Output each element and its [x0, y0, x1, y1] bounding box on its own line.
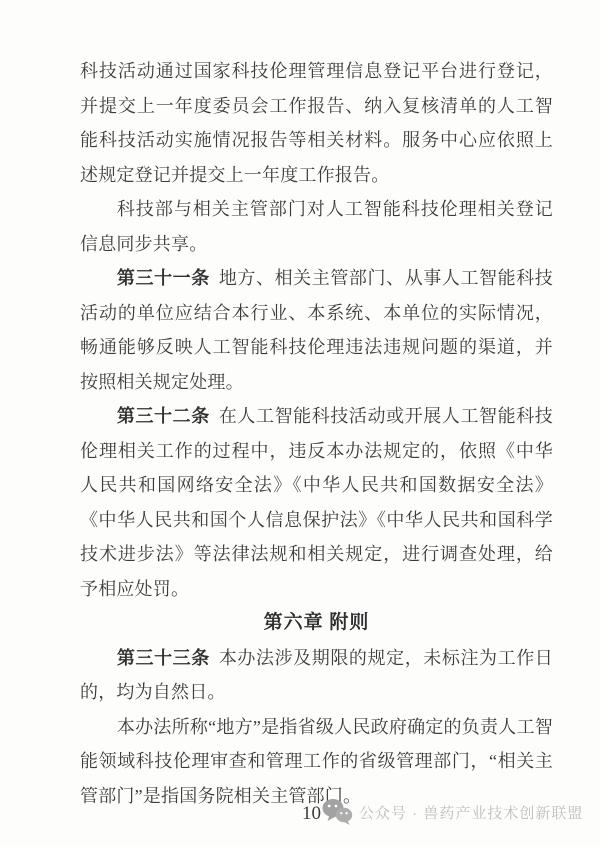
paragraph-article-33: 第三十三条本办法涉及期限的规定，未标注为工作日的，均为自然日。: [80, 641, 553, 710]
paragraph-continuation: 科技活动通过国家科技伦理管理信息登记平台进行登记，并提交上一年度委员会工作报告、…: [80, 54, 553, 192]
paragraph-text: 科技部与相关主管部门对人工智能科技伦理相关登记信息同步共享。: [80, 199, 553, 254]
article-number-label: 第三十一条: [117, 268, 210, 288]
wechat-icon: [321, 797, 353, 827]
paragraph: 科技部与相关主管部门对人工智能科技伦理相关登记信息同步共享。: [80, 192, 553, 261]
page-number: 10: [302, 802, 321, 826]
document-page: 科技活动通过国家科技伦理管理信息登记平台进行登记，并提交上一年度委员会工作报告、…: [0, 0, 600, 847]
article-number-label: 第三十二条: [117, 406, 210, 426]
watermark-text: 公众号 · 兽药产业技术创新联盟: [359, 802, 583, 823]
paragraph-article-31: 第三十一条地方、相关主管部门、从事人工智能科技活动的单位应结合本行业、本系统、本…: [80, 261, 553, 399]
paragraph-text: 在人工智能科技活动或开展人工智能科技伦理相关工作的过程中，违反本办法规定的，依照…: [80, 406, 553, 599]
paragraph-text: 科技活动通过国家科技伦理管理信息登记平台进行登记，并提交上一年度委员会工作报告、…: [80, 61, 553, 185]
document-body: 科技活动通过国家科技伦理管理信息登记平台进行登记，并提交上一年度委员会工作报告、…: [80, 54, 553, 813]
chapter-heading: 第六章 附则: [80, 606, 553, 641]
article-number-label: 第三十三条: [117, 648, 210, 668]
watermark: 公众号 · 兽药产业技术创新联盟: [321, 797, 583, 827]
paragraph-article-32: 第三十二条在人工智能科技活动或开展人工智能科技伦理相关工作的过程中，违反本办法规…: [80, 399, 553, 606]
paragraph-text: 本办法所称“地方”是指省级人民政府确定的负责人工智能领域科技伦理审查和管理工作的…: [80, 717, 553, 806]
